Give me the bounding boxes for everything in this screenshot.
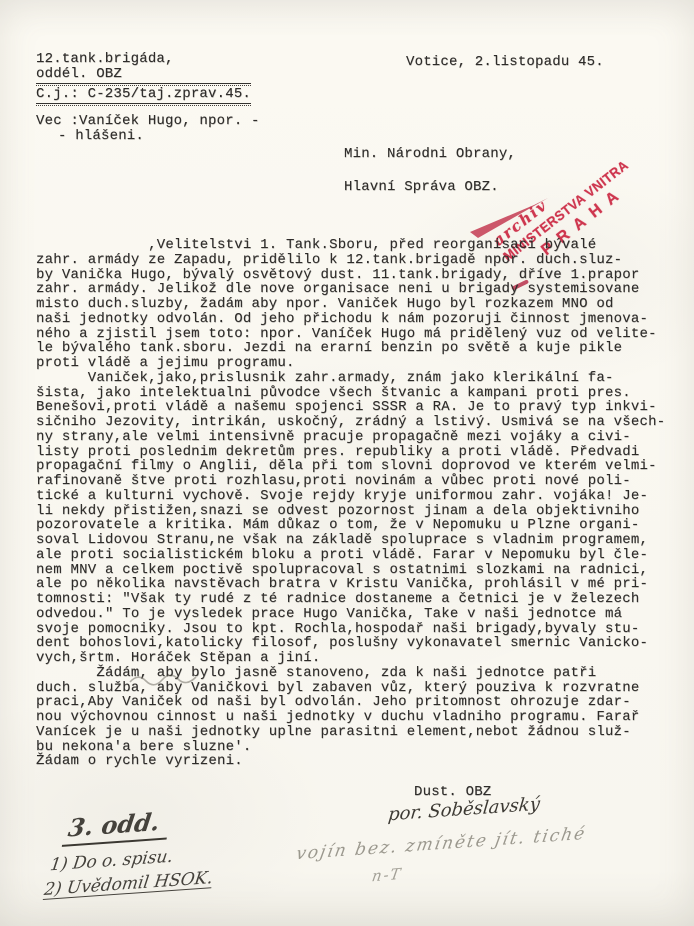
subject-block: Vec :Vaníček Hugo, npor. - - hlášeni. <box>36 114 260 144</box>
addressee-line: Hlavní Správa OBZ. <box>344 180 516 195</box>
body-line: zahr. armády. Jelikož dle nove organisac… <box>36 282 665 297</box>
body-line: le bývalého tank.sboru. Jezdi na erarní … <box>36 341 665 356</box>
body-line: proti vládě a jejimu programu. <box>36 356 665 371</box>
body-line: naši jednotky odvolán. Od jeho přichodu … <box>36 312 665 327</box>
body-line: ,Velitelstvi 1. Tank.Sboru, před reorgan… <box>36 238 665 253</box>
subject-line: Vec :Vaníček Hugo, npor. - <box>36 114 260 129</box>
body-line: praci,Aby Vaniček od naši byl odvolán. J… <box>36 695 665 710</box>
body-line: misto duch.sluzby, žadám aby npor. Vanič… <box>36 297 665 312</box>
date-line: Votice, 2.listopadu 45. <box>406 55 604 70</box>
subject-continuation: - hlášeni. <box>58 129 260 144</box>
body-line: Žádam o rychle vyrizeni. <box>36 754 665 769</box>
body-line: ale proti socialistickém bloku a proti v… <box>36 548 665 563</box>
body-line: tické a kulturni vychově. Svoje rejdy kr… <box>36 489 665 504</box>
note-department: 3. odd. <box>62 806 172 847</box>
note-center-faint: vojín bez. zmíněte jít. tiché <box>295 824 588 865</box>
body-line: propagační filmy o Anglii, děla při tom … <box>36 459 665 474</box>
body-line: tomnosti: "Však ty rudé z té radnice dos… <box>36 592 665 607</box>
body-line: ale po několika navstěvach bratra v Kris… <box>36 577 665 592</box>
body-line: Vanícek je u naši jednotky uplne parasit… <box>36 725 665 740</box>
body-line: pozorovatele a kritika. Mám důkaz o tom,… <box>36 518 665 533</box>
body-line: Benešovi,proti vládě a našemu spojenci S… <box>36 400 665 415</box>
reference-number: C.j.: C-235/taj.zprav.45. <box>36 87 251 104</box>
stamp-arrow-mark <box>468 196 558 240</box>
body-line: vych,šrtm. Horáček Stěpan a jiní. <box>36 651 665 666</box>
sender-unit-line: 12.tank.brigáda, <box>36 52 251 67</box>
body-line: Vaniček,jako,prislusnik zahr.armady, zná… <box>36 371 665 386</box>
body-line: dent bohoslovi,katolicky filosof, posluš… <box>36 636 665 651</box>
signature-handwritten: por. Soběslavský <box>387 794 541 826</box>
body-line: soval Lidovou Stranu,ne však na základě … <box>36 533 665 548</box>
body-line: odvedou." To je vysledek prace Hugo Vani… <box>36 607 665 622</box>
body-line: sičniho Jezovity, intrikán, uskočný, zrá… <box>36 415 665 430</box>
body-line: ny strany,ale velmi intensivně pracuje p… <box>36 430 665 445</box>
addressee-line: Min. Národni Obrany, <box>344 147 516 162</box>
pencil-scribble <box>128 672 200 688</box>
body-line: rafinovaně štve proti rozhlasu,proti nov… <box>36 474 665 489</box>
document-page: 12.tank.brigáda, oddél. OBZ C.j.: C-235/… <box>0 0 694 926</box>
note-center-faint-2: n-T <box>371 865 404 886</box>
addressee-block: Min. Národni Obrany, Hlavní Správa OBZ. <box>344 147 516 195</box>
sender-department-line: oddél. OBZ <box>36 67 251 84</box>
body-line: nou výchovnou cinnost u naši jednotky v … <box>36 710 665 725</box>
letter-body: ,Velitelstvi 1. Tank.Sboru, před reorgan… <box>36 238 665 769</box>
body-line: zahr. armády ze Zapadu, pridělilo k 12.t… <box>36 253 665 268</box>
sender-block: 12.tank.brigáda, oddél. OBZ C.j.: C-235/… <box>36 52 251 107</box>
